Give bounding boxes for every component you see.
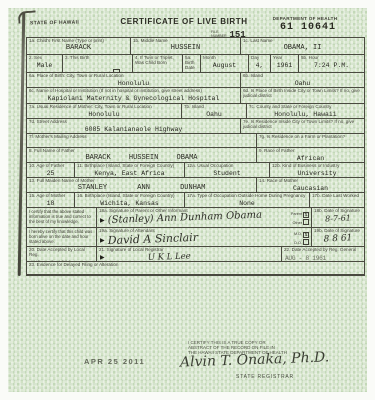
field-birth-inside-limits: 6d. Is Place of Birth Inside City or Tow… (241, 88, 364, 103)
field-informant-date: 18b. Date of Signature 8-7-61 (312, 208, 364, 227)
option-2nd: 2nd (161, 67, 176, 72)
option-label: Single (75, 71, 87, 72)
field-value: HUSSEIN (131, 44, 240, 54)
checkbox-mark: x (304, 233, 308, 238)
field-value: 4, (249, 61, 270, 72)
attendant-type-options: M.D.x D.O. Midwife Other (289, 229, 309, 246)
row-child-name: 1a. Child's First Name (Type or print) B… (27, 38, 364, 55)
option-other: Other (291, 218, 309, 226)
informant-certification-text: I certify that the above stated informat… (27, 208, 97, 227)
row-hospital: 6c. Name of Hospital or Institution (If … (27, 88, 364, 104)
row-mother-details: 15. Age of Mother 18 16. Birthplace (Isl… (27, 193, 364, 208)
field-value: Kenya, East Africa (75, 169, 184, 177)
field-value: 6085 Kalanianaole Highway (27, 125, 240, 133)
row-mother-name: 13. Full Maiden Name of Mother STANLEY A… (27, 178, 364, 193)
field-label: 5a. Birth Date (183, 55, 200, 71)
field-father-birthplace: 11. Birthplace (Island, State or Foreign… (75, 163, 185, 177)
twin-order-options: 1st 2nd 3rd (133, 66, 182, 72)
field-birth-month: Month August (201, 55, 249, 72)
option-label: D.O. (294, 241, 302, 245)
field-value (27, 268, 364, 274)
attendant-signature: David A Sinclair (107, 231, 198, 246)
field-father-industry: 12b. Kind of Business or Industry Univer… (270, 163, 364, 177)
field-value: Caucasian (257, 184, 364, 192)
field-value: None (185, 199, 309, 207)
field-hospital-name: 6c. Name of Hospital or Institution (If … (27, 88, 241, 103)
field-value: 18 (27, 199, 74, 207)
field-birth-day: Day 4, (249, 55, 271, 72)
scan-edge-artifact (18, 12, 26, 276)
field-value: University (270, 169, 364, 177)
field-reg-general-date: 22. Date Accepted by Reg. General AUG - … (282, 247, 364, 261)
row-street-address: 7d. Street Address 6085 Kalanianaole Hig… (27, 119, 364, 134)
residence-limits-options: Yesx No (241, 130, 364, 133)
arrow-icon: ▶ (100, 217, 105, 224)
row-birth-place: 6a. Place of Birth: City, Town or Rural … (27, 73, 364, 88)
field-date-last-worked: 17b. Date Last Worked (310, 193, 364, 207)
attendant-certification-text: I hereby certify that this child was bor… (27, 228, 97, 246)
field-value: 1961 (271, 61, 298, 72)
header-state: STATE OF HAWAII (30, 20, 79, 27)
field-value: Honolulu (27, 110, 181, 118)
field-street-address: 7d. Street Address 6085 Kalanianaole Hig… (27, 119, 241, 133)
option-label: Other (293, 221, 303, 225)
field-value: Wichita, Kansas (75, 199, 184, 207)
option-no: Nox (316, 141, 330, 147)
field-informant-signature: 18a. Signature of Parent or Other Inform… (97, 208, 312, 227)
field-label: 4. If Twin or Triplet, Was Child Born (133, 55, 182, 66)
field-residence-island: 7b. Island Oahu (182, 104, 247, 118)
security-paper: STATE OF HAWAII CERTIFICATE OF LIVE BIRT… (8, 8, 367, 392)
field-attendant-date: 19b. Date of Signature 8 8 61 (312, 228, 364, 246)
field-child-first-name: 1a. Child's First Name (Type or print) B… (27, 38, 131, 54)
document-title: CERTIFICATE OF LIVE BIRTH (111, 17, 257, 26)
field-farm-plantation: 7g. Is Residence on a Farm or Plantation… (257, 134, 364, 147)
option-1st: 1st (139, 67, 153, 72)
field-value: Student (185, 169, 269, 177)
local-registrar-signature: U K L Lee (147, 251, 190, 261)
field-mother-name: 13. Full Maiden Name of Mother STANLEY A… (27, 178, 257, 192)
field-local-registrar-signature: 21. Signature of Local Registrar ▶ U K L… (97, 247, 282, 261)
row-attendant-signature: I hereby certify that this child was bor… (27, 228, 364, 247)
field-child-middle-name: 1b. Middle Name HUSSEIN (131, 38, 241, 54)
received-date-stamp: APR 25 2011 (84, 357, 145, 366)
field-local-reg-date: 20. Date Accepted by Local Reg. AUG - 8 … (27, 247, 97, 261)
option-yes: Yesx (284, 100, 299, 103)
field-residence-inside-limits: 7e. Is Residence Inside City or Town Lim… (241, 119, 364, 133)
field-child-last-name: 1c. Last Name OBAMA, II (241, 38, 364, 54)
field-value: Oahu (182, 110, 246, 118)
field-mother-age: 15. Age of Mother 18 (27, 193, 75, 207)
field-value: BARACK (27, 44, 130, 54)
scanned-document-page: STATE OF HAWAII CERTIFICATE OF LIVE BIRT… (0, 0, 375, 400)
field-mother-birthplace: 16. Birthplace (Island, State or Foreign… (75, 193, 185, 207)
row-residence: 7a. Usual Residence of Mother: City, Tow… (27, 104, 364, 119)
field-value: Kapiolani Maternity & Gynecological Hosp… (27, 94, 240, 103)
option-yes: Yes (292, 141, 307, 147)
field-label: 6d. Is Place of Birth Inside City or Tow… (241, 88, 364, 99)
field-father-occupation: 12a. Usual Occupation Student (185, 163, 270, 177)
field-mother-race: 14. Race of Mother Caucasian (257, 178, 364, 192)
field-residence-city: 7a. Usual Residence of Mother: City, Tow… (27, 104, 182, 118)
field-birth-island: 6b. Island Oahu (241, 73, 364, 87)
farm-options: Yes Nox (257, 140, 364, 147)
field-value: African (257, 154, 364, 162)
birth-type-options: Singlex Twin Triplet (63, 61, 132, 72)
field-value: Oahu (241, 79, 364, 87)
option-do: D.O. (289, 238, 309, 246)
checkbox (113, 69, 120, 72)
birth-certificate-form: 1a. Child's First Name (Type or print) B… (26, 37, 365, 276)
field-sex: 2. Sex Male (27, 55, 63, 72)
arrow-icon: ▶ (100, 237, 105, 244)
informant-role-options: Parentx Other (291, 209, 309, 226)
option-label: M.D. (294, 232, 302, 236)
row-mailing-address: 7f. Mother's Mailing Address 7g. Is Resi… (27, 134, 364, 148)
field-this-birth: 3. This Birth Singlex Twin Triplet (63, 55, 133, 72)
field-mailing-address: 7f. Mother's Mailing Address (27, 134, 257, 147)
field-value: Honolulu, Hawaii (247, 110, 364, 118)
option-yes: Yesx (284, 131, 299, 133)
field-value: 7:24 P.M. (299, 61, 364, 72)
field-value: 25 (27, 169, 74, 177)
row-registrar: 20. Date Accepted by Local Reg. AUG - 8 … (27, 247, 364, 262)
option-no: No (308, 131, 322, 133)
row-sex-birth-date: 2. Sex Male 3. This Birth Singlex Twin T… (27, 55, 364, 73)
field-value: OBAMA, II (241, 44, 364, 54)
field-residence-county: 7c. County and State or Foreign Country … (247, 104, 364, 118)
field-value (310, 199, 364, 207)
signature-line: ▶ David A Sinclair (97, 234, 311, 246)
field-place-of-birth: 6a. Place of Birth: City, Town or Rural … (27, 73, 241, 87)
field-value: STANLEY ANN DUNHAM (27, 184, 256, 192)
field-attendant-signature: 19a. Signature of Attendant ▶ David A Si… (97, 228, 312, 246)
option-no: No (308, 100, 322, 103)
field-father-name: 8. Full Name of Father BARACK HUSSEIN OB… (27, 148, 257, 162)
field-value (27, 140, 256, 147)
handwritten-date: 8 8 61 (312, 233, 364, 246)
field-label: 20. Date Accepted by Local Reg. (27, 247, 96, 258)
option-md: M.D.x (289, 229, 309, 238)
field-value: BARACK HUSSEIN OBAMA (27, 154, 256, 162)
checkbox-mark: x (304, 213, 308, 218)
arrow-icon: ▶ (100, 254, 105, 261)
option-single: Singlex (75, 62, 95, 72)
certification-statement: I certify that the above stated informat… (27, 208, 96, 224)
field-value: Honolulu (27, 79, 240, 87)
row-informant-signature: I certify that the above stated informat… (27, 208, 364, 228)
certification-statement: I hereby certify that this child was bor… (27, 228, 96, 244)
checkbox (303, 239, 309, 245)
field-father-age: 10. Age of Father 25 (27, 163, 75, 177)
signature-line: ▶ (Stanley) Ann Dunham Obama (97, 214, 311, 227)
row-father-details: 10. Age of Father 25 11. Birthplace (Isl… (27, 163, 364, 178)
signature-line: ▶ U K L Lee (97, 253, 281, 261)
handwritten-date: 8-7-61 (312, 213, 364, 225)
field-delayed-filing: 23. Evidence for Delayed Filing or Alter… (27, 262, 364, 274)
field-father-race: 9. Race of Father African (257, 148, 364, 162)
field-twin-order: 4. If Twin or Triplet, Was Child Born 1s… (133, 55, 183, 72)
option-label: Twin (103, 71, 112, 72)
birth-limits-options: Yesx No (241, 99, 364, 103)
field-birth-date-label: 5a. Birth Date (183, 55, 201, 72)
field-value: August (201, 61, 248, 72)
checkbox (303, 219, 309, 225)
field-hour: 5b. Hour 7:24 P.M. (299, 55, 364, 72)
row-father-name: 8. Full Name of Father BARACK HUSSEIN OB… (27, 148, 364, 163)
date-stamp: AUG - 8 1961 (27, 258, 96, 261)
field-mother-occupation: 17a. Type of Occupation Outside Home Dur… (185, 193, 310, 207)
state-registrar-title: STATE REGISTRAR (236, 374, 294, 380)
certificate-number: 61 10641 (266, 22, 350, 33)
row-delayed-filing: 23. Evidence for Delayed Filing or Alter… (27, 262, 364, 275)
header-department: DEPARTMENT OF HEALTH (260, 16, 350, 21)
option-label: Parent (291, 212, 302, 216)
option-twin: Twin (103, 62, 120, 72)
date-stamp: AUG - 8 1961 (282, 253, 364, 261)
field-label: 7e. Is Residence Inside City or Town Lim… (241, 119, 364, 130)
option-parent: Parentx (291, 209, 309, 218)
field-value: Male (27, 61, 62, 72)
field-birth-year: Year 1961 (271, 55, 299, 72)
